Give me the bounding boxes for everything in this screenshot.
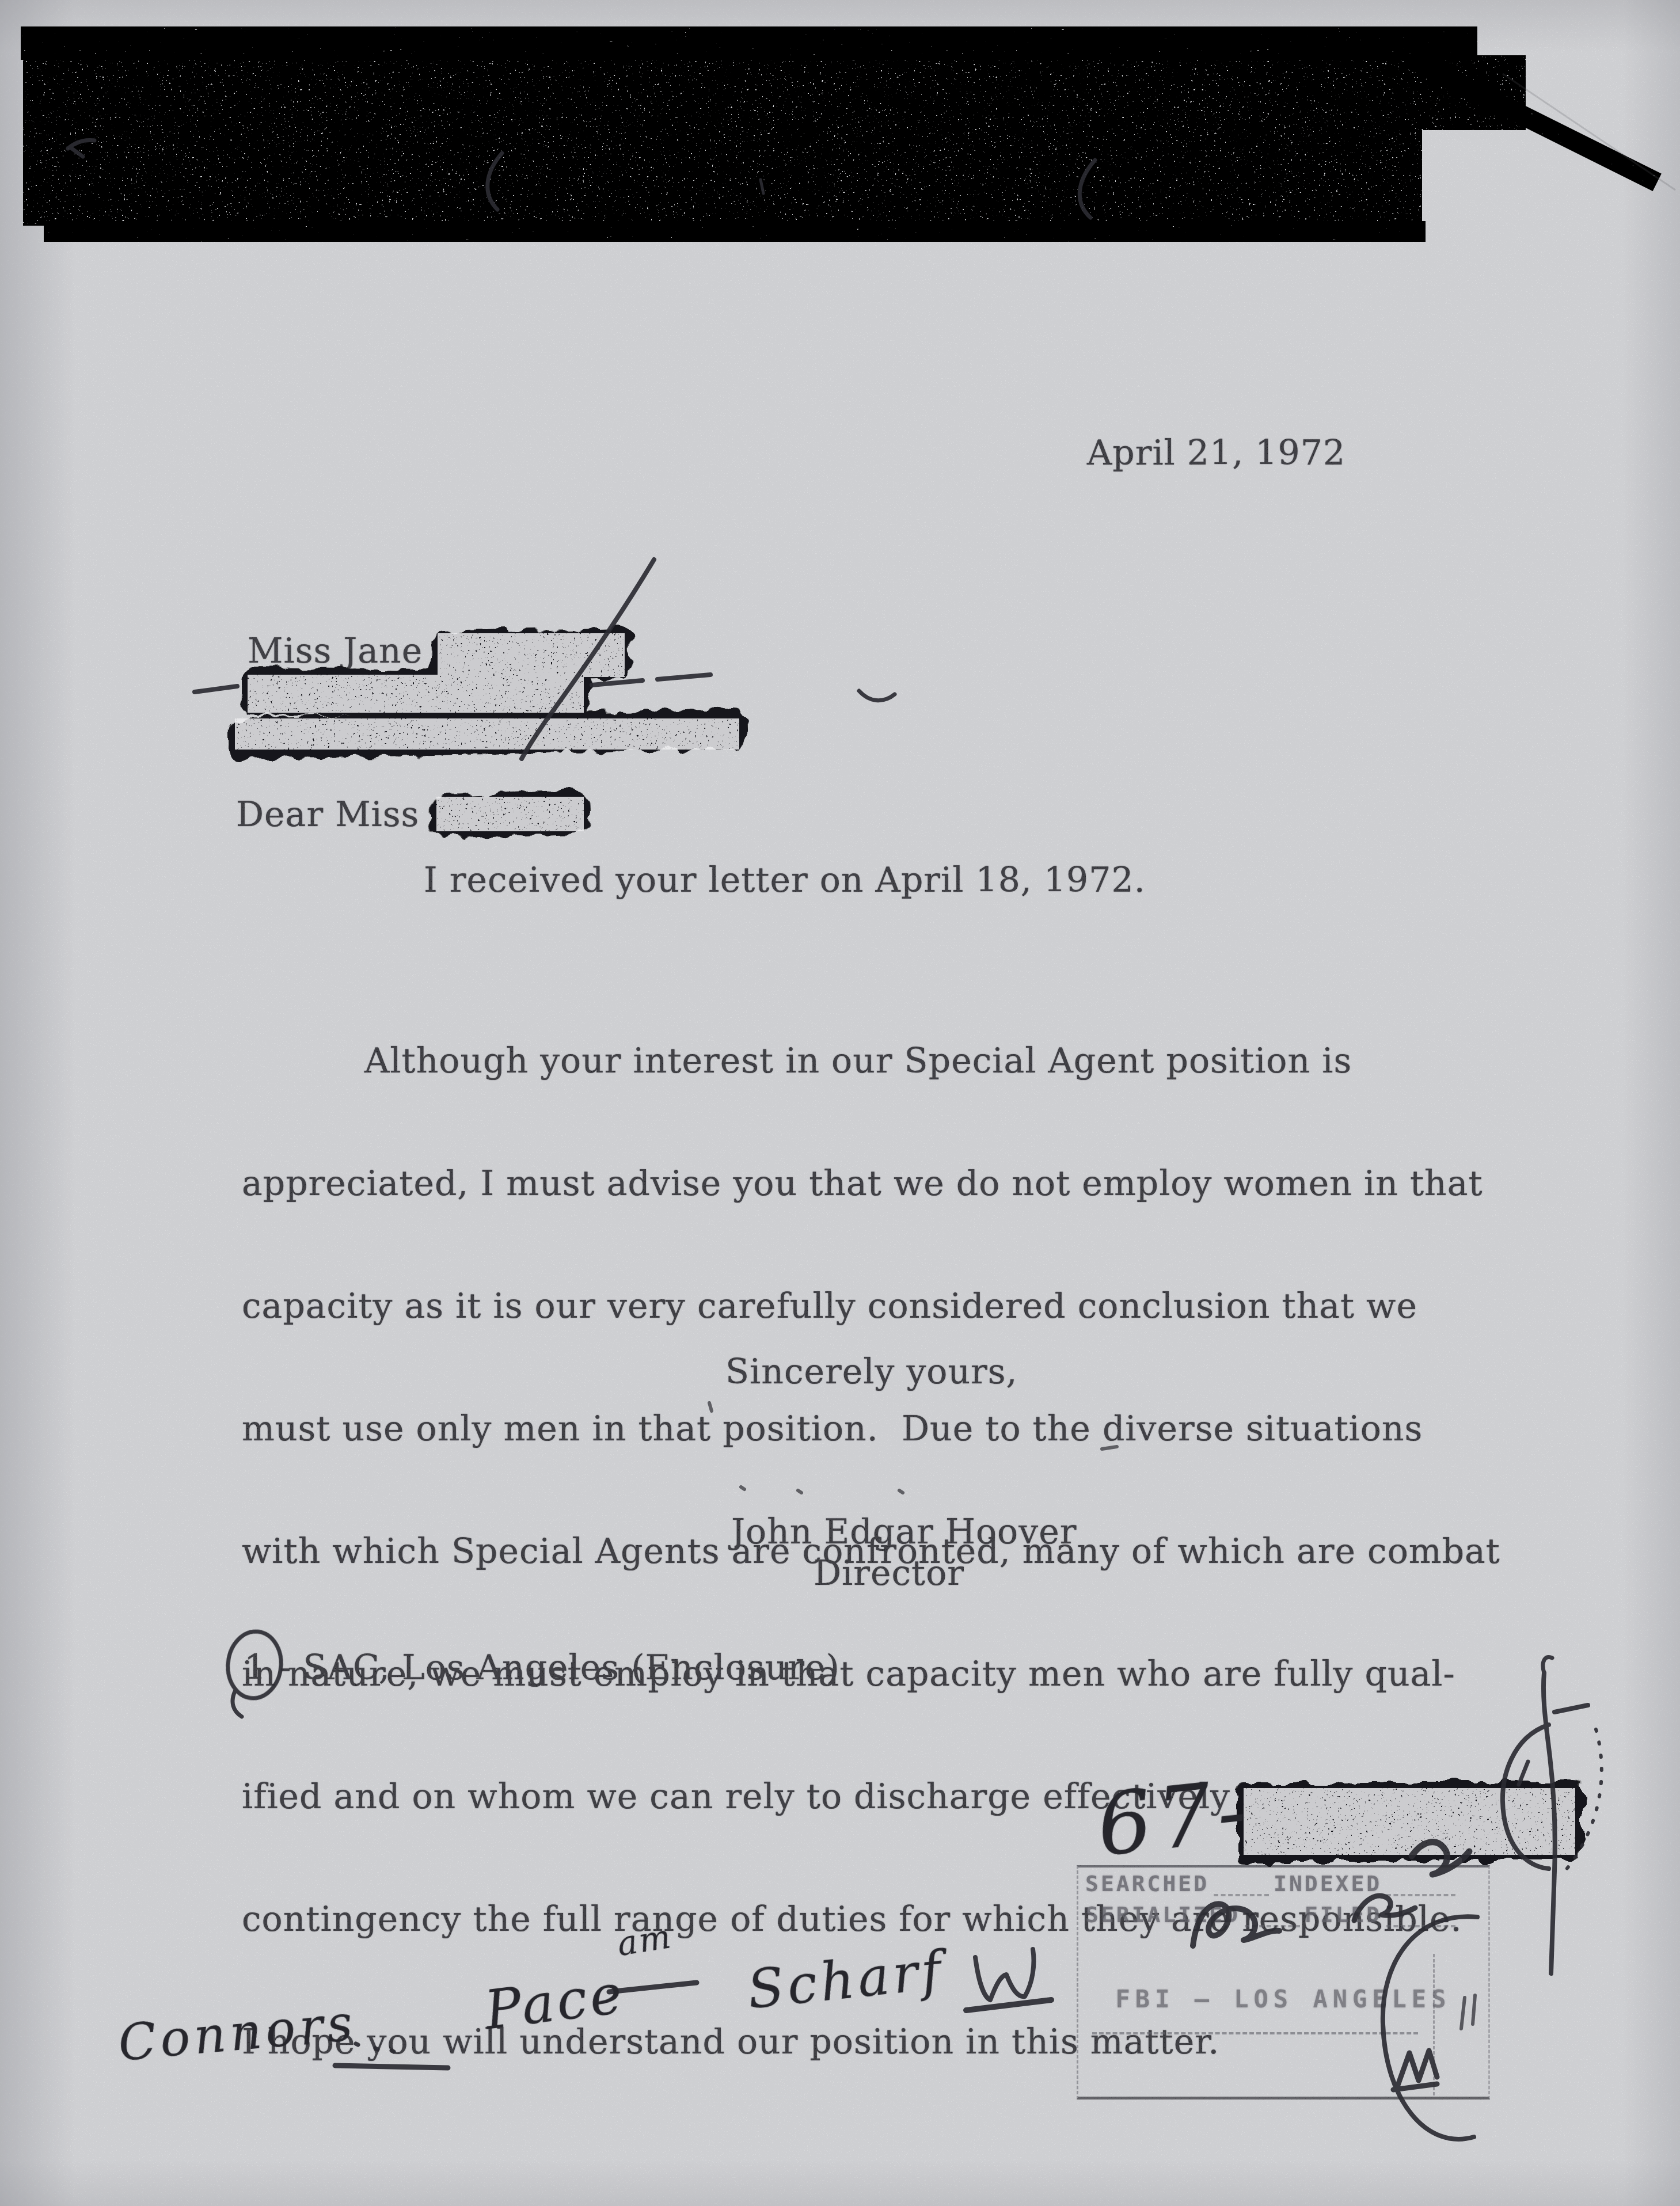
stamp-serialized-label: SERIALIZED [1085, 1902, 1240, 1927]
signer-title: Director [814, 1553, 964, 1594]
stamp-indexed-label: INDEXED [1274, 1871, 1382, 1896]
scanned-letter-page: { "letter": { "date": "April 21, 1972", … [0, 0, 1680, 2206]
cc-count: 1 [244, 1648, 267, 1688]
stamp-blank-line [1386, 1908, 1455, 1927]
stamp-blank-line [1245, 1908, 1300, 1927]
body-line: Although your interest in our Special Ag… [242, 1041, 1500, 1082]
pen-crescent [1080, 160, 1095, 218]
pen-crescent [488, 153, 502, 210]
pen-tick [68, 140, 94, 157]
cc-text: - SAC, Los Angeles (Enclosure) [279, 1648, 840, 1688]
cc-line: 1- SAC, Los Angeles (Enclosure) [244, 1648, 840, 1688]
pen-flourish [1503, 1657, 1602, 1973]
body-line: ified and on whom we can rely to dischar… [242, 1777, 1500, 1817]
pen-strike-dashes [195, 675, 710, 692]
redaction-bar [240, 667, 590, 720]
addressee-line: Miss Jane [248, 631, 423, 672]
stamp-date-rule [1092, 2032, 1418, 2034]
body-line: appreciated, I must advise you that we d… [242, 1163, 1500, 1204]
stamp-column-divider [1433, 1954, 1435, 2095]
closing: Sincerely yours, [725, 1352, 1018, 1393]
redaction-bar [431, 626, 631, 683]
salutation: Dear Miss [236, 794, 419, 835]
body-line: must use only men in that position. Due … [242, 1409, 1500, 1450]
handwritten-file-number: 67- [1093, 1760, 1257, 1875]
letter-date: April 21, 1972 [1087, 433, 1345, 474]
opening-paragraph: I received your letter on April 18, 1972… [424, 860, 1146, 901]
pen-strike-diagonal [522, 560, 654, 759]
photocopy-noise-band [21, 26, 1662, 242]
stamp-blank-line [1214, 1877, 1269, 1896]
redaction-bar [227, 709, 746, 760]
body-line: capacity as it is our very carefully con… [242, 1286, 1500, 1327]
paper-crease [1503, 74, 1675, 190]
signer-name: John Edgar Hoover [731, 1512, 1077, 1553]
redaction-bar [429, 789, 591, 839]
fbi-file-stamp: SEARCHEDINDEXED SERIALIZEDFILED FBI — LO… [1077, 1865, 1490, 2099]
stamp-filed-label: FILED [1305, 1902, 1382, 1927]
stamp-row-serialized: SERIALIZEDFILED [1085, 1902, 1455, 1927]
stamp-blank-line [1386, 1877, 1455, 1896]
stamp-row-searched: SEARCHEDINDEXED [1085, 1871, 1455, 1896]
pen-tilde [859, 691, 895, 701]
stamp-office-line: FBI — LOS ANGELES [1078, 1985, 1488, 2013]
